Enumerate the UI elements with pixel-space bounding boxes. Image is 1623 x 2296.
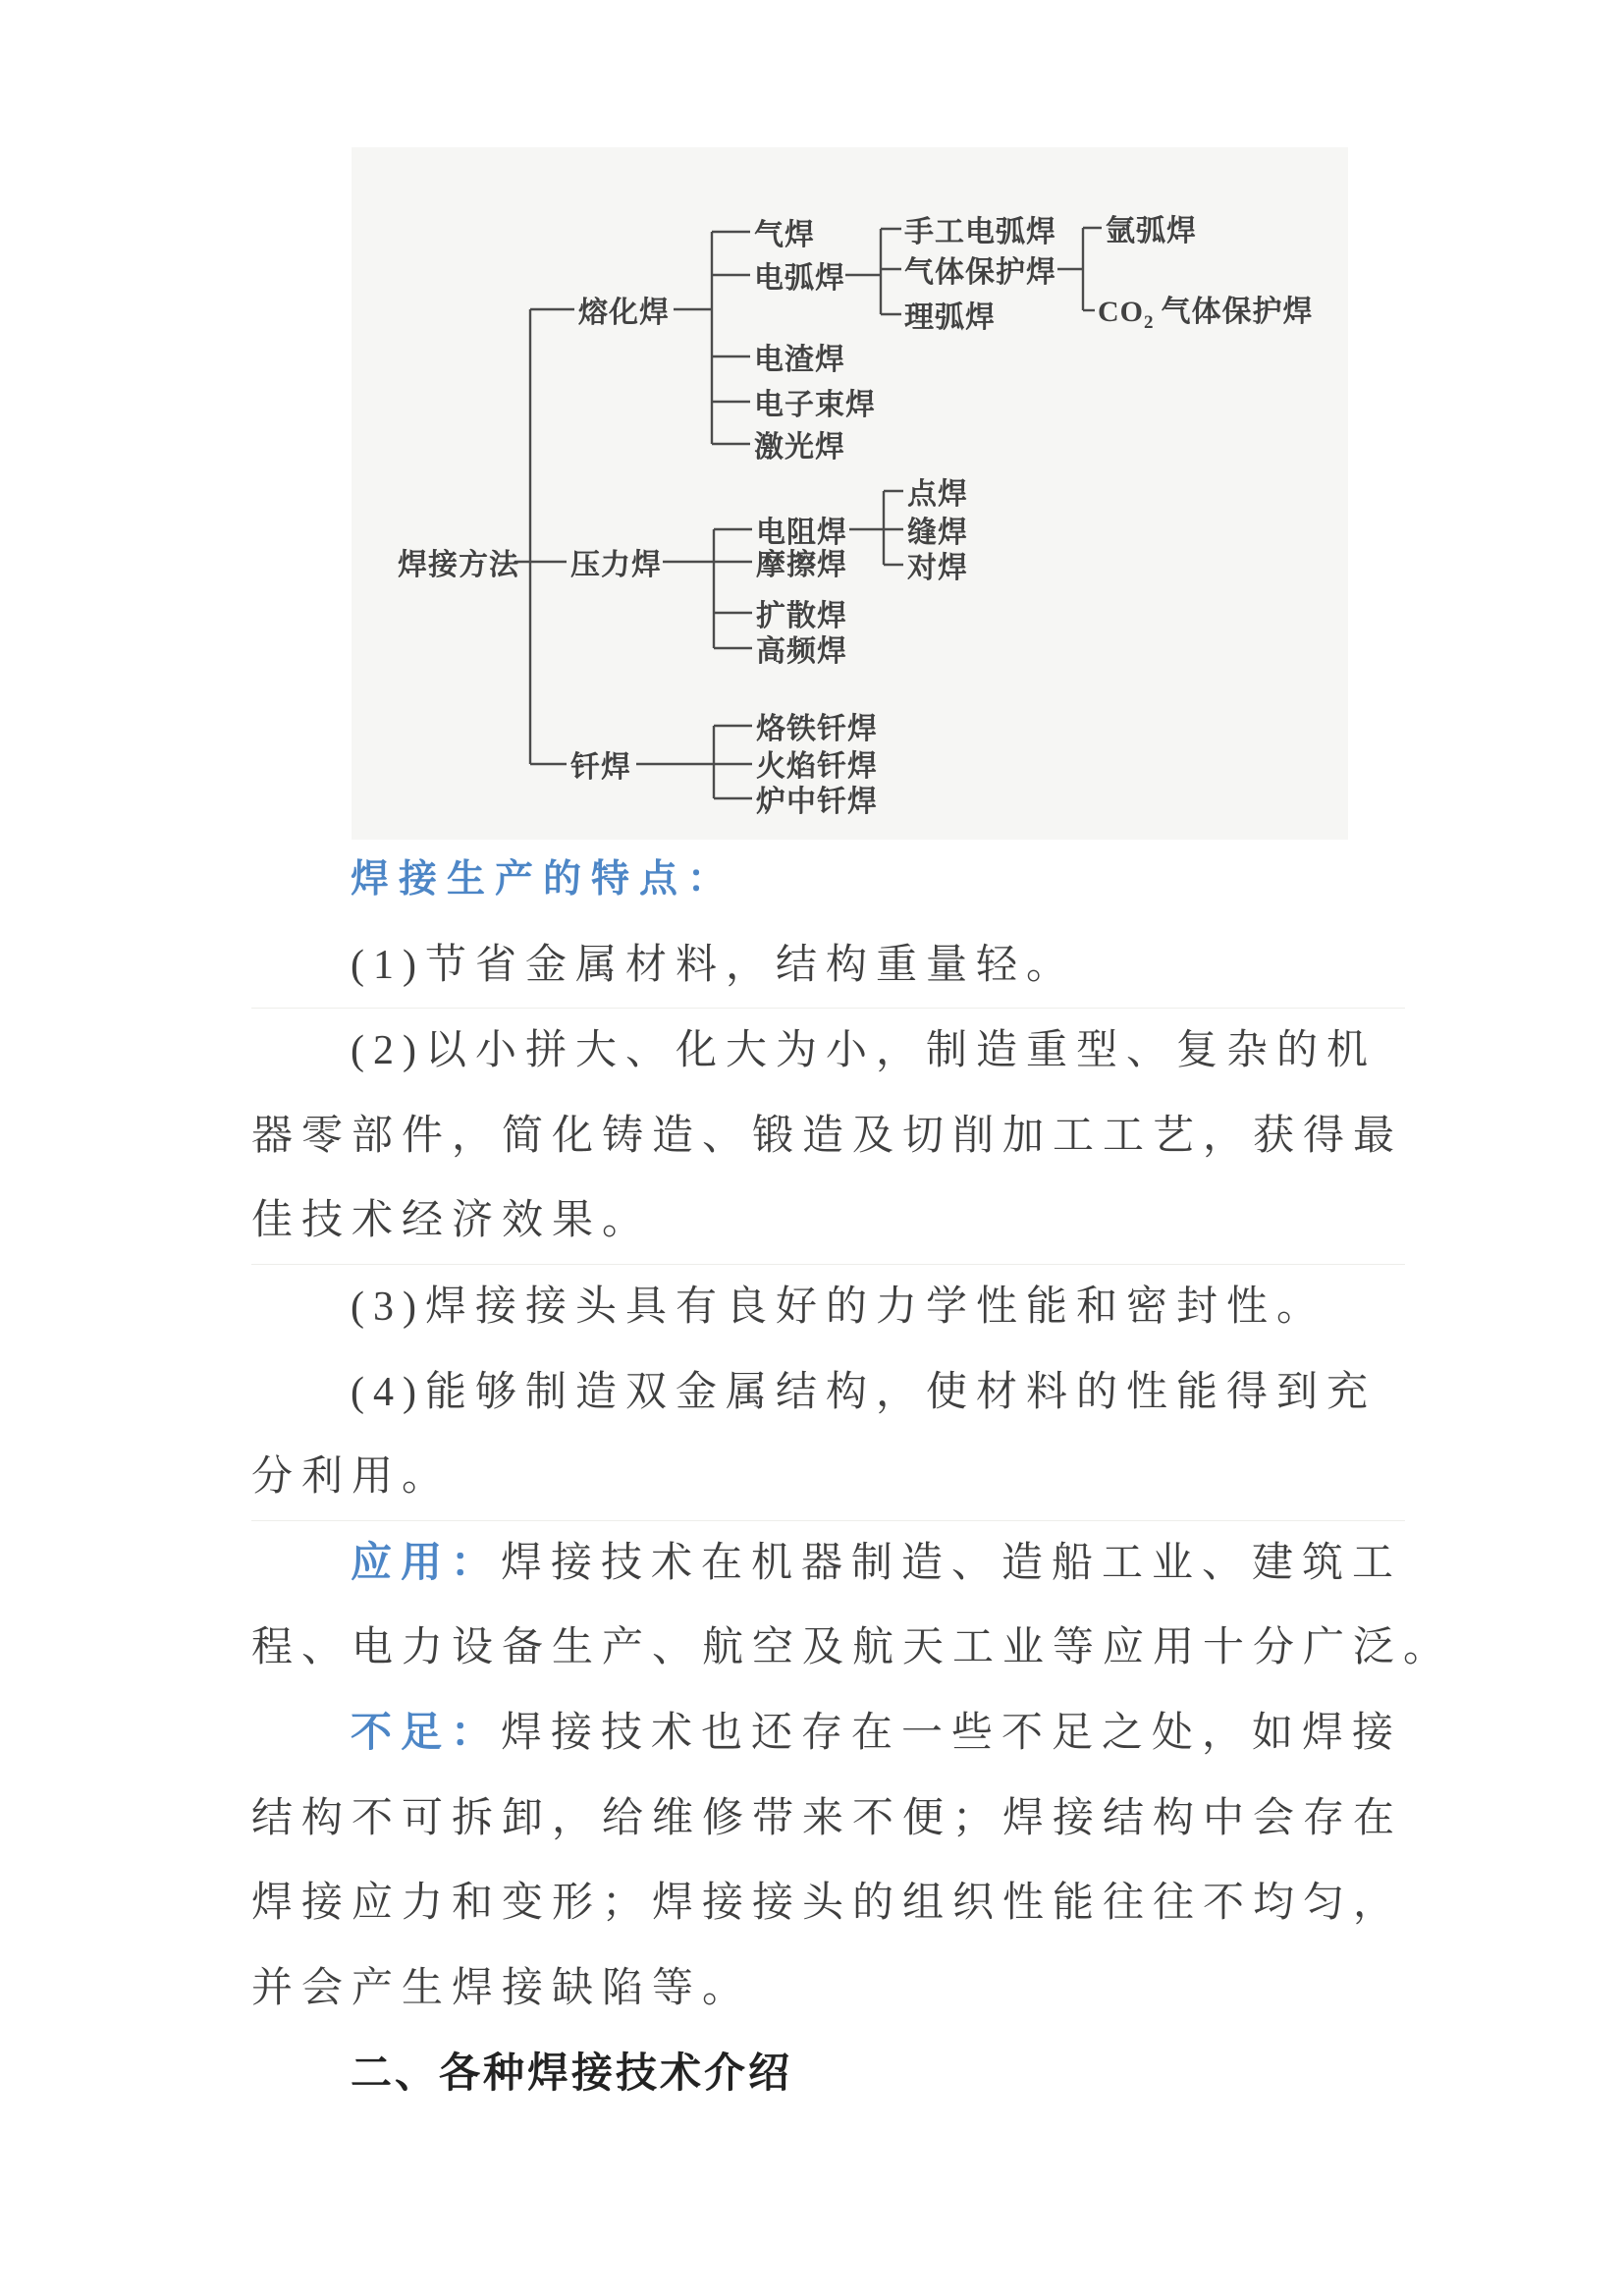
application-line-2: 程、电力设备生产、航空及航天工业等应用十分广泛。 — [251, 1606, 1405, 1691]
drawbacks-line-2: 结构不可拆卸，给维修带来不便；焊接结构中会存在 — [251, 1777, 1405, 1862]
tree-node-friction-welding: 摩擦焊 — [756, 540, 847, 583]
application-label: 应用： — [351, 1541, 501, 1586]
feature-4-line-1: (4)能够制造双金属结构，使材料的性能得到充 — [251, 1350, 1405, 1436]
tree-node-brazing: 钎焊 — [570, 742, 631, 786]
feature-1-line: (1)节省金属材料，结构重量轻。 — [251, 923, 1405, 1010]
tree-node-manual-arc-welding: 手工电弧焊 — [904, 207, 1056, 250]
feature-2-line-3: 佳技术经济效果。 — [251, 1178, 1405, 1265]
co2-prefix: CO — [1098, 296, 1144, 328]
tree-node-spot-welding: 点焊 — [907, 469, 968, 513]
drawbacks-line-4: 并会产生焊接缺陷等。 — [251, 1946, 1405, 2032]
features-heading: 焊接生产的特点： — [251, 838, 1405, 923]
tree-node-electron-beam-welding: 电子束焊 — [754, 380, 876, 423]
application-line-1: 应用：焊接技术在机器制造、造船工业、建筑工 — [251, 1521, 1405, 1607]
tree-node-welding-methods: 焊接方法 — [398, 540, 519, 583]
co2-suffix: 气体保护焊 — [1162, 296, 1314, 328]
feature-3-line: (3)焊接接头具有良好的力学性能和密封性。 — [251, 1265, 1405, 1350]
tree-node-co2-shielded-welding: CO2气体保护焊 — [1098, 287, 1314, 334]
tree-node-fusion-welding: 熔化焊 — [578, 288, 670, 331]
feature-2-line-1: (2)以小拼大、化大为小，制造重型、复杂的机 — [251, 1009, 1405, 1094]
co2-subscript: 2 — [1144, 312, 1155, 333]
tree-node-arc-welding: 电弧焊 — [754, 253, 845, 297]
document-body-text: 焊接生产的特点： (1)节省金属材料，结构重量轻。 (2)以小拼大、化大为小，制… — [251, 838, 1405, 2116]
tree-node-furnace-brazing: 炉中钎焊 — [756, 777, 878, 820]
tree-node-submerged-arc-welding: 理弧焊 — [904, 293, 996, 336]
tree-node-electroslag-welding: 电渣焊 — [754, 335, 845, 378]
tree-node-gas-welding: 气焊 — [754, 210, 815, 253]
tree-node-argon-arc-welding: 氩弧焊 — [1106, 206, 1197, 249]
tree-node-pressure-welding: 压力焊 — [570, 540, 662, 583]
section-2-heading: 二、各种焊接技术介绍 — [251, 2031, 1405, 2116]
tree-node-butt-welding: 对焊 — [907, 543, 968, 586]
application-text: 焊接技术在机器制造、造船工业、建筑工 — [501, 1541, 1402, 1586]
tree-node-gas-shielded-welding: 气体保护焊 — [904, 247, 1056, 291]
tree-node-laser-welding: 激光焊 — [754, 422, 845, 465]
drawbacks-line-1: 不足：焊接技术也还存在一些不足之处，如焊接 — [251, 1691, 1405, 1777]
drawbacks-label: 不足： — [351, 1711, 501, 1756]
drawbacks-line-3: 焊接应力和变形；焊接接头的组织性能往往不均匀， — [251, 1861, 1405, 1946]
tree-node-high-frequency-welding: 高频焊 — [756, 627, 847, 670]
document-page: 焊接方法 熔化焊 气焊 电弧焊 电渣焊 电子束焊 激光焊 手工电弧焊 气体保护焊… — [0, 0, 1623, 2296]
feature-4-line-2: 分利用。 — [251, 1435, 1405, 1521]
drawbacks-text: 焊接技术也还存在一些不足之处，如焊接 — [501, 1711, 1402, 1756]
feature-2-line-2: 器零部件，简化铸造、锻造及切削加工工艺，获得最 — [251, 1094, 1405, 1179]
welding-methods-diagram: 焊接方法 熔化焊 气焊 电弧焊 电渣焊 电子束焊 激光焊 手工电弧焊 气体保护焊… — [0, 0, 1623, 864]
